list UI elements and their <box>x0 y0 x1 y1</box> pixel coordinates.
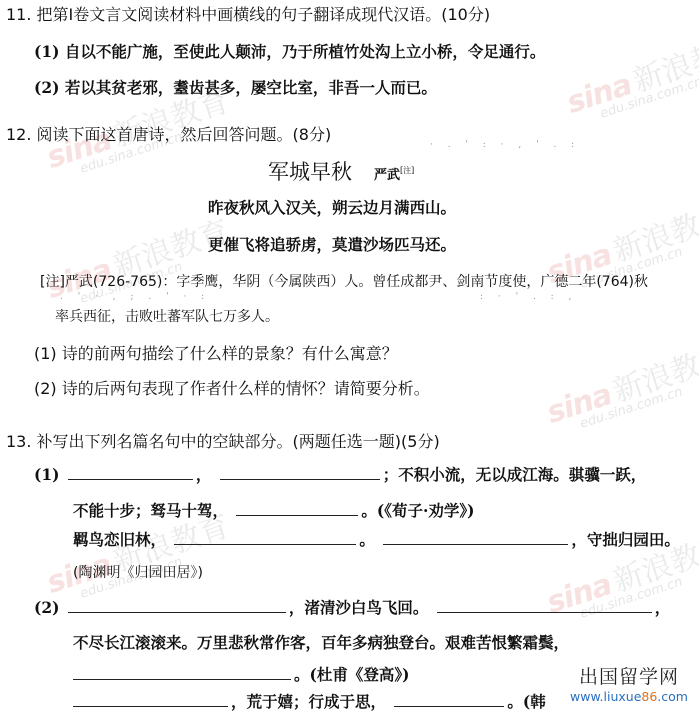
separator: 。 <box>359 530 375 549</box>
poem-note-line-2: 率兵西征，击败吐蕃军队七万多人。 <box>55 307 279 327</box>
answer-blank[interactable] <box>236 501 358 516</box>
q11-item-2: (2) 若以其贫老邪，耋齿甚多，屡空比室，非吾一人而已。 <box>34 78 437 98</box>
q13-part1-text: 不能十步；驽马十驾， <box>73 501 228 520</box>
watermark-sina: sina新浪教育 edu.sina.com.cn <box>40 206 237 315</box>
q12-item-2: (2) 诗的后两句表现了作者什么样的情怀？请简要分析。 <box>34 379 430 399</box>
site-url-num: 86 <box>641 689 657 704</box>
answer-blank[interactable] <box>68 465 193 480</box>
site-url: www.liuxue86.com <box>559 689 699 705</box>
site-url-prefix: www.liuxue <box>570 689 641 704</box>
q11-item-1: (1) 自以不能广施，至使此人颠沛，乃于所植竹处沟上立小桥，令足通行。 <box>34 42 545 62</box>
q13-part2-text: ，荒于嬉；行成于思， <box>231 692 386 711</box>
q13-part1-line3: 羁鸟恋旧林， 。 ，守拙归园田。 <box>73 530 680 550</box>
q13-part2-text: ，渚清沙白鸟飞回。 <box>289 598 429 617</box>
q13-part1-line2: 不能十步；驽马十驾， 。(《荀子·劝学》) <box>73 501 475 521</box>
answer-blank[interactable] <box>73 692 228 707</box>
q13-part2-line1: (2) ，渚清沙白鸟飞回。 ， <box>34 598 670 618</box>
site-url-suffix: .com <box>657 689 688 704</box>
answer-blank[interactable] <box>68 598 286 613</box>
watermark-url: edu.sina.com.cn <box>598 58 699 122</box>
answer-blank[interactable] <box>437 598 652 613</box>
answer-blank[interactable] <box>73 665 291 680</box>
poem-title-row: 军城早秋严武[注] <box>268 158 414 189</box>
q13-part1-line1: (1) ， ；不积小流，无以成江海。骐骥一跃， <box>34 465 646 485</box>
q12-item-1: (1) 诗的前两句描绘了什么样的景象？有什么寓意？ <box>34 344 398 364</box>
q13-part1-text: ；不积小流，无以成江海。骐骥一跃， <box>383 465 647 484</box>
q13-part2-line2: 不尽长江滚滚来。万里悲秋常作客，百年多病独登台。艰难苦恨繁霜鬓， <box>73 633 569 653</box>
site-name: 出国留学网 <box>559 665 699 689</box>
poem-note-line-1: [注]严武(726-765)：字季鹰，华阴（今属陕西）人。曾任成都尹、剑南节度使… <box>40 272 648 292</box>
q12-heading: 12. 阅读下面这首唐诗，然后回答问题。(8分) <box>6 125 331 145</box>
poem-line-1: 昨夜秋风入汉关，朔云边月满西山。 <box>208 198 456 218</box>
scan-noise: · . ' : · , ' . : <box>430 140 580 150</box>
q13-part2-source: 。(杜甫《登高》) <box>294 665 409 684</box>
watermark-cn: 新浪教育 <box>629 29 699 99</box>
scan-noise: : · ' . : , <box>480 292 577 302</box>
answer-blank[interactable] <box>174 530 356 545</box>
q13-heading: 13. 补写出下列名篇名句中的空缺部分。(两题任选一题)(5分) <box>6 432 440 452</box>
q13-part2-text: 。(韩 <box>507 692 545 711</box>
q13-part2-line3: 。(杜甫《登高》) <box>73 665 409 685</box>
answer-blank[interactable] <box>220 465 380 480</box>
q13-part1-source: 。(《荀子·劝学》) <box>361 501 474 520</box>
poem-title: 军城早秋 <box>268 160 352 184</box>
watermark-sina: sina新浪教育 edu.sina.com.cn <box>560 21 699 130</box>
watermark-logo: sina <box>562 67 635 121</box>
q13-part1-source: (陶渊明《归园田居》) <box>73 563 203 583</box>
scan-noise: . ' · , ; . ' · : <box>60 292 210 302</box>
site-badge: 出国留学网 www.liuxue86.com <box>559 663 699 711</box>
watermark-url: edu.sina.com.cn <box>578 368 699 432</box>
watermark-sina: sina新浪教育 edu.sina.com.cn <box>540 331 699 440</box>
q13-part2-line4: ，荒于嬉；行成于思， 。(韩 <box>73 692 546 711</box>
poem-line-2: 更催飞将追骄虏，莫遣沙场匹马还。 <box>208 235 456 255</box>
poem-author: 严武 <box>374 168 400 183</box>
answer-blank[interactable] <box>383 530 568 545</box>
separator: ， <box>196 465 212 484</box>
separator: ， <box>655 598 671 617</box>
q13-part1-text: ，守拙归园田。 <box>571 530 680 549</box>
poem-note-mark: [注] <box>400 166 414 175</box>
q13-part1-label: (1) <box>34 465 59 484</box>
q13-part2-label: (2) <box>34 598 59 617</box>
q13-part1-text: 羁鸟恋旧林， <box>73 530 166 549</box>
watermark-cn: 新浪教育 <box>609 199 699 269</box>
answer-blank[interactable] <box>394 692 504 707</box>
watermark-logo: sina <box>542 377 615 431</box>
q11-heading: 11. 把第Ⅰ卷文言文阅读材料中画横线的句子翻译成现代汉语。(10分) <box>6 5 490 25</box>
watermark-cn: 新浪教育 <box>609 339 699 409</box>
